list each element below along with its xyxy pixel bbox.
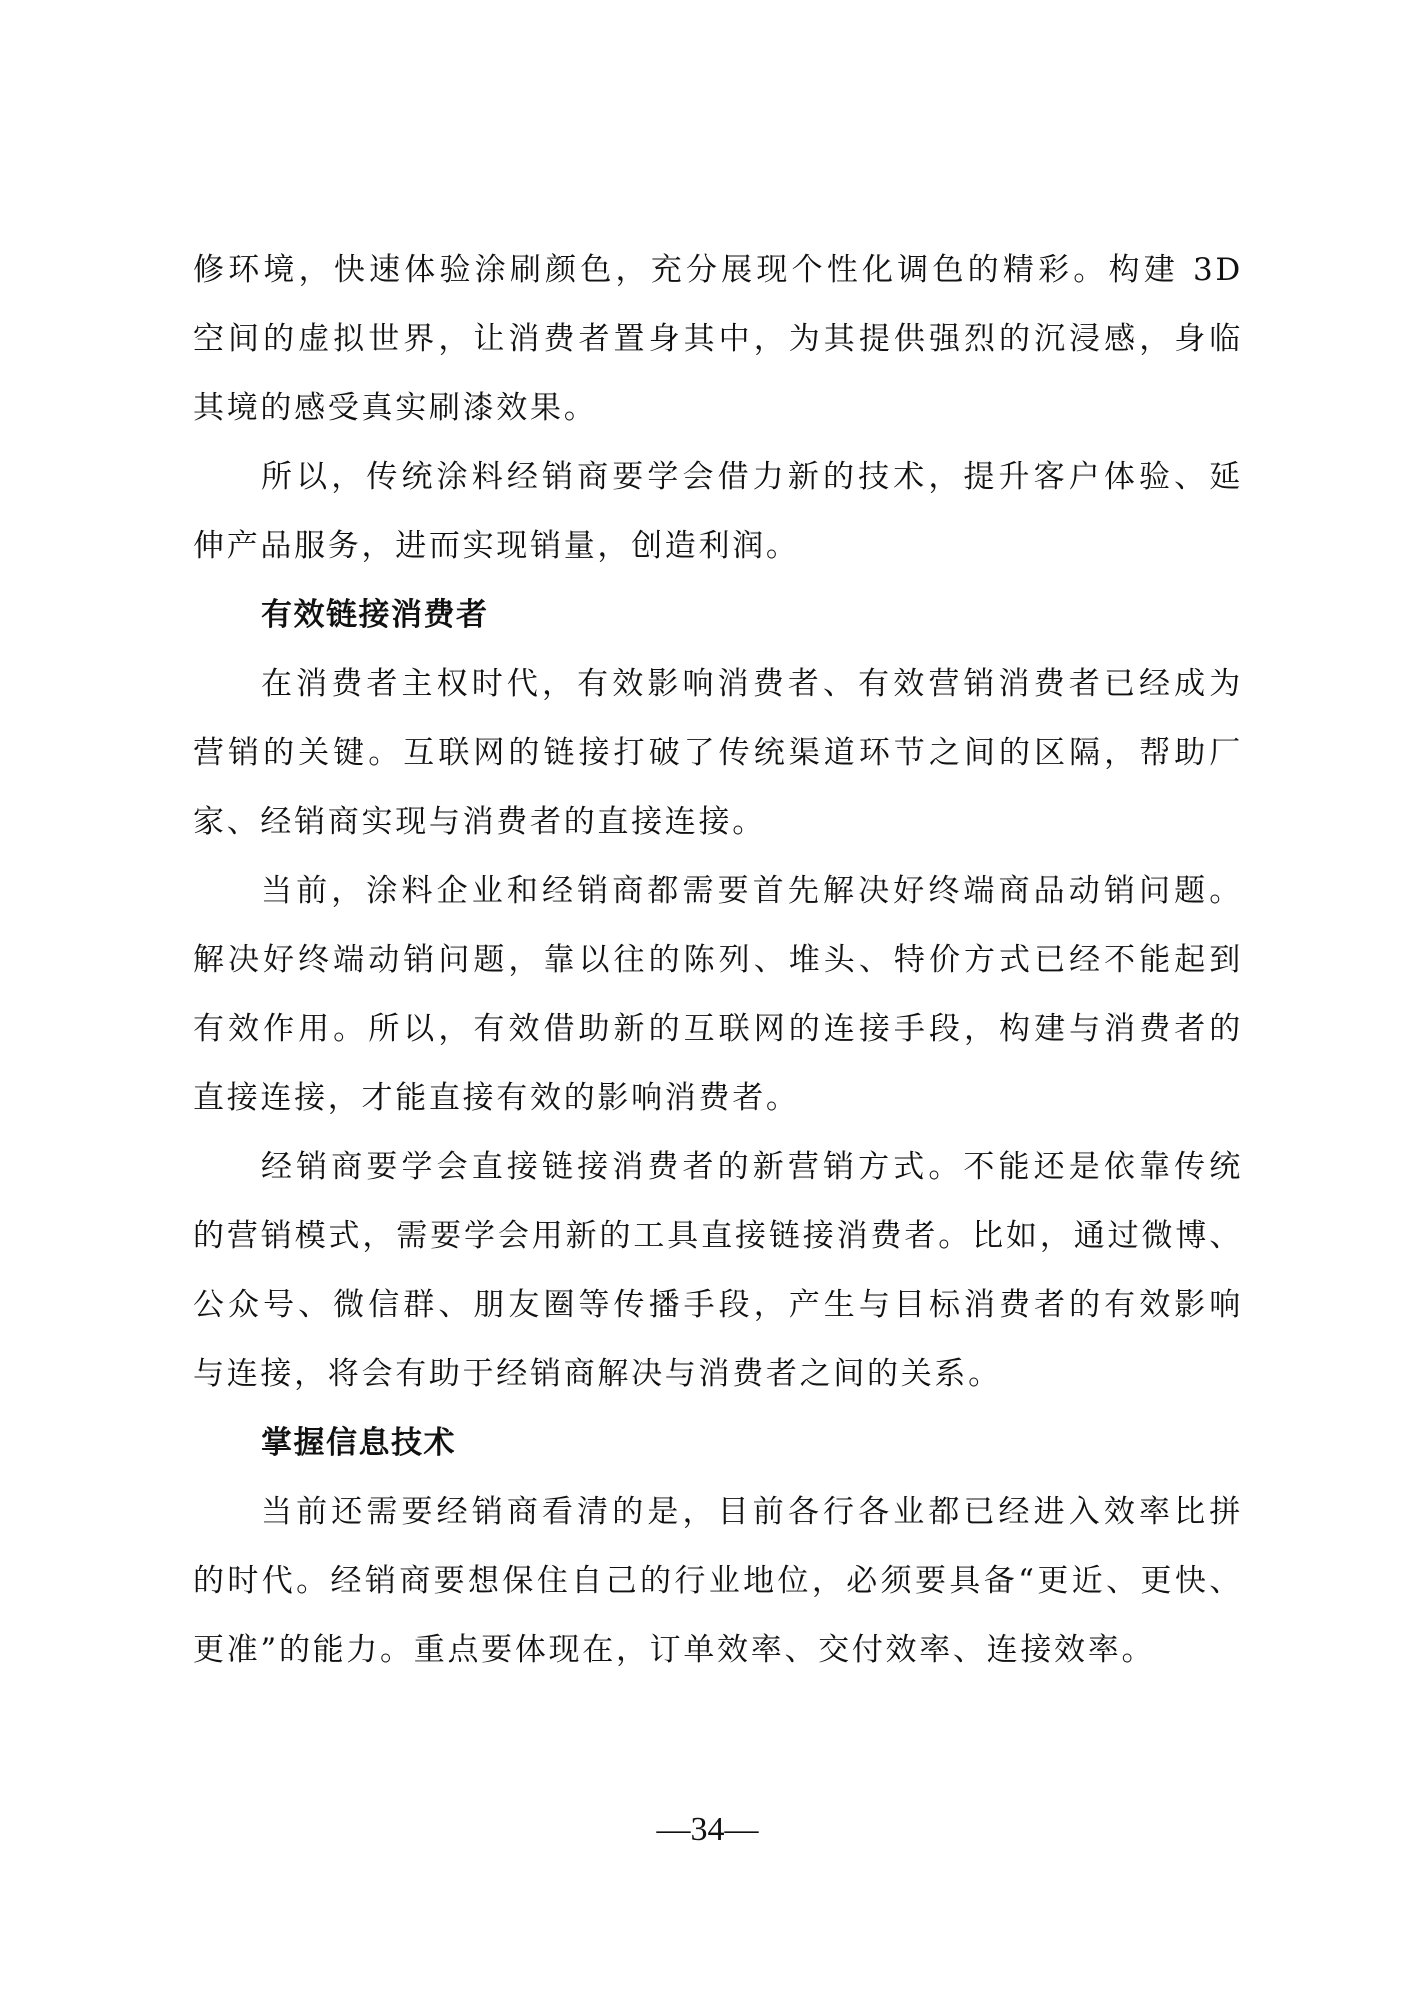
- text-line: 当前还需要经销商看清的是，目前各行各业都已经进入效率比拼: [193, 1478, 1243, 1547]
- paragraph-terminal-sales: 当前，涂料企业和经销商都需要首先解决好终端商品动销问题。 解决好终端动销问题，靠…: [193, 857, 1243, 1133]
- paragraph-new-marketing: 经销商要学会直接链接消费者的新营销方式。不能还是依靠传统 的营销模式，需要学会用…: [193, 1133, 1243, 1409]
- text-line: 其境的感受真实刷漆效果。: [193, 374, 1243, 443]
- text-line: 伸产品服务，进而实现销量，创造利润。: [193, 512, 1243, 581]
- text-line: 有效作用。所以，有效借助新的互联网的连接手段，构建与消费者的: [193, 995, 1243, 1064]
- text-line: 直接连接，才能直接有效的影响消费者。: [193, 1064, 1243, 1133]
- text-line: 更准”的能力。重点要体现在，订单效率、交付效率、连接效率。: [193, 1616, 1243, 1685]
- text-line: 的营销模式，需要学会用新的工具直接链接消费者。比如，通过微博、: [193, 1202, 1243, 1271]
- text-line: 经销商要学会直接链接消费者的新营销方式。不能还是依靠传统: [193, 1133, 1243, 1202]
- text-line: 在消费者主权时代，有效影响消费者、有效营销消费者已经成为: [193, 650, 1243, 719]
- text-line: 所以，传统涂料经销商要学会借力新的技术，提升客户体验、延: [193, 443, 1243, 512]
- text-line: 公众号、微信群、朋友圈等传播手段，产生与目标消费者的有效影响: [193, 1271, 1243, 1340]
- paragraph-efficiency: 当前还需要经销商看清的是，目前各行各业都已经进入效率比拼 的时代。经销商要想保住…: [193, 1478, 1243, 1685]
- section-heading-information-technology: 掌握信息技术: [193, 1409, 1243, 1478]
- section-heading-connect-consumers: 有效链接消费者: [193, 581, 1243, 650]
- document-page: 修环境，快速体验涂刷颜色，充分展现个性化调色的精彩。构建 3D 空间的虚拟世界，…: [193, 236, 1243, 1685]
- text-line: 修环境，快速体验涂刷颜色，充分展现个性化调色的精彩。构建 3D: [193, 236, 1243, 305]
- paragraph-immersive-3d: 修环境，快速体验涂刷颜色，充分展现个性化调色的精彩。构建 3D 空间的虚拟世界，…: [193, 236, 1243, 443]
- paragraph-leverage-technology: 所以，传统涂料经销商要学会借力新的技术，提升客户体验、延 伸产品服务，进而实现销…: [193, 443, 1243, 581]
- paragraph-consumer-sovereignty: 在消费者主权时代，有效影响消费者、有效营销消费者已经成为 营销的关键。互联网的链…: [193, 650, 1243, 857]
- text-line: 空间的虚拟世界，让消费者置身其中，为其提供强烈的沉浸感，身临: [193, 305, 1243, 374]
- text-line: 营销的关键。互联网的链接打破了传统渠道环节之间的区隔，帮助厂: [193, 719, 1243, 788]
- page-number: —34—: [0, 1810, 1415, 1850]
- text-line: 当前，涂料企业和经销商都需要首先解决好终端商品动销问题。: [193, 857, 1243, 926]
- text-line: 解决好终端动销问题，靠以往的陈列、堆头、特价方式已经不能起到: [193, 926, 1243, 995]
- text-line: 家、经销商实现与消费者的直接连接。: [193, 788, 1243, 857]
- text-line: 的时代。经销商要想保住自己的行业地位，必须要具备“更近、更快、: [193, 1547, 1243, 1616]
- text-line: 与连接，将会有助于经销商解决与消费者之间的关系。: [193, 1340, 1243, 1409]
